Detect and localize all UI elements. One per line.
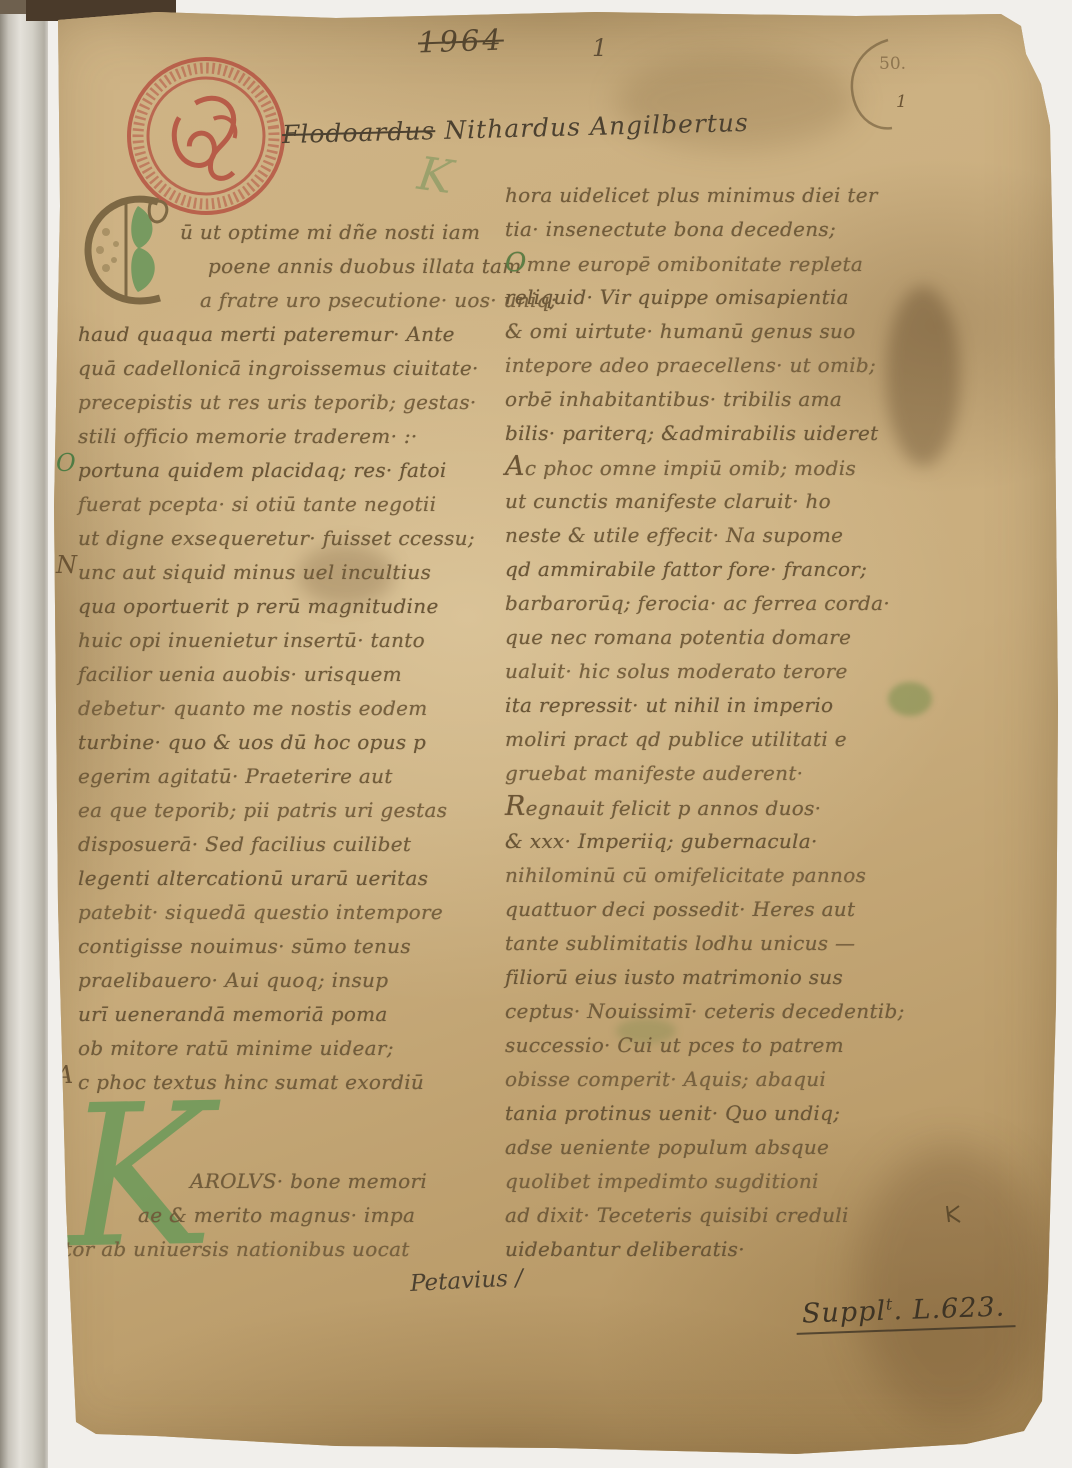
karolus-paragraph: AROLVS· bone memoriae & merito magnus· i… bbox=[78, 1164, 518, 1266]
title-struck-word: Flodoardus bbox=[282, 116, 436, 149]
manuscript-line: Regnauit felicit p annos duos· bbox=[505, 790, 975, 824]
manuscript-line: Omne europē omibonitate repleta bbox=[505, 246, 975, 280]
manuscript-line: & xxx· Imperiiq; gubernacula· bbox=[505, 824, 975, 858]
manuscript-line: turbine· quo & uos dū hoc opus p bbox=[78, 725, 518, 759]
manuscript-line: obisse comperit· Aquis; abaqui bbox=[505, 1062, 975, 1096]
folio-number: 1 bbox=[896, 92, 907, 112]
manuscript-line: ea que teporib; pii patris uri gestas bbox=[78, 793, 518, 827]
year-annotation: 1964 bbox=[417, 23, 504, 60]
manuscript-line: huic opi inuenietur insertū· tanto bbox=[78, 623, 518, 657]
manuscript-line: fuerat pcepta· si otiū tante negotii bbox=[78, 487, 518, 521]
manuscript-line: qd ammirabile fattor fore· francor; bbox=[505, 552, 975, 586]
manuscript-line: ū ut optime mi dñe nosti iam bbox=[180, 215, 518, 249]
left-text-column: ū ut optime mi dñe nosti iampoene annis … bbox=[78, 215, 518, 1099]
manuscript-line: qua oportuerit p rerū magnitudine bbox=[78, 589, 518, 623]
manuscript-line: tor ab uniuersis nationibus uocat bbox=[64, 1232, 518, 1266]
manuscript-line: disposuerā· Sed facilius cuilibet bbox=[78, 827, 518, 861]
manuscript-line: barbarorūq; ferocia· ac ferrea corda· bbox=[505, 586, 975, 620]
manuscript-line: hora uidelicet plus minimus diei ter bbox=[505, 178, 975, 212]
manuscript-line: orbē inhabitantibus· tribilis ama bbox=[505, 382, 975, 416]
manuscript-line: ceptus· Nouissimī· ceteris decedentib; bbox=[505, 994, 975, 1028]
manuscript-line: portuna quidem placidaq; res· fatoi bbox=[78, 453, 518, 487]
manuscript-line: ad dixit· Teceteris quisibi creduli bbox=[505, 1198, 975, 1232]
manuscript-photo: 1964 1 50. 1 Flodoardus Nithardus Angilb… bbox=[0, 0, 1072, 1468]
manuscript-line: tante sublimitatis lodhu unicus — bbox=[505, 926, 975, 960]
manuscript-line: egerim agitatū· Praeterire aut bbox=[78, 759, 518, 793]
margin-initial-O: O bbox=[56, 449, 76, 477]
manuscript-line: AROLVS· bone memori bbox=[190, 1164, 518, 1198]
manuscript-line: ut digne exsequeretur· fuisset ccessu; bbox=[78, 521, 518, 555]
parchment-leaf: 1964 1 50. 1 Flodoardus Nithardus Angilb… bbox=[36, 6, 1062, 1458]
manuscript-line: ob mitore ratū minime uidear; bbox=[78, 1031, 518, 1065]
right-text-column: hora uidelicet plus minimus diei tertia·… bbox=[505, 178, 975, 1266]
manuscript-line: facilior uenia auobis· urisquem bbox=[78, 657, 518, 691]
manuscript-line: Ac phoc omne impiū omib; modis bbox=[505, 450, 975, 484]
title-rest: Nithardus Angilbertus bbox=[444, 108, 749, 145]
manuscript-line: ut cunctis manifeste claruit· ho bbox=[505, 484, 975, 518]
manuscript-line: quattuor deci possedit· Heres aut bbox=[505, 892, 975, 926]
margin-initial-A: A bbox=[56, 1061, 73, 1089]
manuscript-line: stili officio memorie traderem· :· bbox=[78, 419, 518, 453]
manuscript-line: ualuit· hic solus moderato terore bbox=[505, 654, 975, 688]
manuscript-line: quā cadellonicā ingroissemus ciuitate· bbox=[78, 351, 518, 385]
manuscript-line: legenti altercationū urarū ueritas bbox=[78, 861, 518, 895]
manuscript-line: quolibet impedimto sugditioni bbox=[505, 1164, 975, 1198]
manuscript-line: urī uenerandā memoriā poma bbox=[78, 997, 518, 1031]
manuscript-line: ita repressit· ut nihil in imperio bbox=[505, 688, 975, 722]
manuscript-line: contigisse nouimus· sūmo tenus bbox=[78, 929, 518, 963]
manuscript-line: adse ueniente populum absque bbox=[505, 1130, 975, 1164]
manuscript-line: patebit· siquedā questio intempore bbox=[78, 895, 518, 929]
manuscript-line: successio· Cui ut pces to patrem bbox=[505, 1028, 975, 1062]
manuscript-line: unc aut siquid minus uel incultius bbox=[78, 555, 518, 589]
manuscript-line: debetur· quanto me nostis eodem bbox=[78, 691, 518, 725]
manuscript-line: intepore adeo praecellens· ut omib; bbox=[505, 348, 975, 382]
margin-scribble bbox=[944, 1204, 962, 1224]
manuscript-line: a fratre uro psecutione· uos· uniq; bbox=[200, 283, 518, 317]
green-monogram: K bbox=[414, 146, 456, 204]
manuscript-line: neste & utile effecit· Na supome bbox=[505, 518, 975, 552]
manuscript-line: que nec romana potentia domare bbox=[505, 620, 975, 654]
shelfmark: Supplt. L.623. bbox=[795, 1290, 1015, 1335]
pen-mark: 1 bbox=[592, 34, 607, 62]
manuscript-line: haud quaqua merti pateremur· Ante bbox=[78, 317, 518, 351]
manuscript-line: praelibauero· Aui quoq; insup bbox=[78, 963, 518, 997]
manuscript-line: tania protinus uenit· Quo undiq; bbox=[505, 1096, 975, 1130]
shelfmark-main: Suppl bbox=[801, 1296, 886, 1330]
manuscript-line: bilis· pariterq; &admirabilis uideret bbox=[505, 416, 975, 450]
pen-trial-curve bbox=[836, 32, 906, 142]
manuscript-line: filiorū eius iusto matrimonio sus bbox=[505, 960, 975, 994]
manuscript-line: poene annis duobus illata tam bbox=[208, 249, 518, 283]
manuscript-line: uidebantur deliberatis· bbox=[505, 1232, 975, 1266]
corner-number: 50. bbox=[879, 54, 906, 74]
manuscript-line: gruebat manifeste auderent· bbox=[505, 756, 975, 790]
collector-note: Petavius / bbox=[409, 1265, 523, 1297]
book-gutter-edge bbox=[0, 0, 48, 1468]
title-annotation: Flodoardus Nithardus Angilbertus bbox=[282, 108, 749, 149]
manuscript-line: & omi uirtute· humanū genus suo bbox=[505, 314, 975, 348]
manuscript-line: ae & merito magnus· impa bbox=[138, 1198, 518, 1232]
manuscript-line: precepistis ut res uris teporib; gestas· bbox=[78, 385, 518, 419]
margin-initial-N: N bbox=[56, 551, 77, 579]
manuscript-line: moliri pract qd publice utilitati e bbox=[505, 722, 975, 756]
shelfmark-rest: . L.623. bbox=[893, 1292, 1006, 1327]
manuscript-line: nihilominū cū omifelicitate pannos bbox=[505, 858, 975, 892]
manuscript-line: reliquid· Vir quippe omisapientia bbox=[505, 280, 975, 314]
manuscript-line: tia· insenectute bona decedens; bbox=[505, 212, 975, 246]
